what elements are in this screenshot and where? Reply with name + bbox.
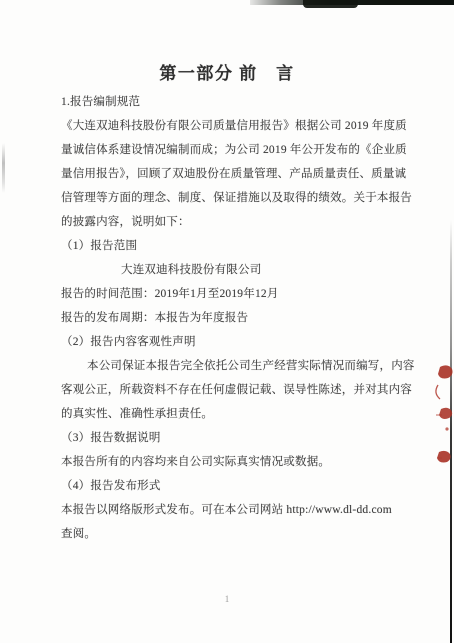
scanned-document-page: 第一部分 前 言 1.报告编制规范 《大连双迪科技股份有限公司质量信用报告》根据… (0, 0, 454, 643)
heading-report-standard: 1.报告编制规范 (61, 90, 416, 114)
para-release-line-end: 查阅。 (61, 522, 416, 546)
para-objectivity-line: 客观公正，所载资料不存在任何虚假记载、误导性陈述，并对其内容 (61, 378, 416, 402)
report-cycle: 报告的发布周期：本报告为年度报告 (61, 306, 416, 330)
document-body: 1.报告编制规范 《大连双迪科技股份有限公司质量信用报告》根据公司 2019 年… (61, 90, 416, 546)
para-intro-line: 的披露内容，说明如下： (61, 210, 416, 234)
para-intro-line: 量诚信体系建设情况编制而成；为公司 2019 年公开发布的《企业质 (61, 138, 416, 162)
item-2-objectivity: （2）报告内容客观性声明 (61, 330, 416, 354)
page-number: 1 (0, 594, 454, 604)
para-intro-line: 《大连双迪科技股份有限公司质量信用报告》根据公司 2019 年度质 (61, 114, 416, 138)
para-objectivity-line: 的真实性、准确性承担责任。 (61, 402, 416, 426)
scan-artifact-left-smudge (2, 143, 5, 193)
para-data-note: 本报告所有的内容均来自公司实际真实情况或数据。 (61, 450, 416, 474)
item-3-data-note: （3）报告数据说明 (61, 426, 416, 450)
scan-artifact-top-blob (303, 0, 358, 8)
para-intro-line: 信管理等方面的理念、制度、保证措施以及取得的绩效。关于本报告 (61, 186, 416, 210)
item-1-report-scope: （1）报告范围 (61, 234, 416, 258)
company-name: 大连双迪科技股份有限公司 (121, 258, 416, 282)
section-title: 第一部分 前 言 (0, 59, 454, 84)
red-ink-marks (424, 355, 454, 470)
report-time-range: 报告的时间范围：2019年1月至2019年12月 (61, 282, 416, 306)
item-4-release-form: （4）报告发布形式 (61, 474, 416, 498)
para-objectivity-line: 本公司保证本报告完全依托公司生产经营实际情况而编写，内容 (87, 354, 416, 378)
para-intro-line: 量信用报告》，回顾了双迪股份在质量管理、产品质量责任、质量诚 (61, 162, 416, 186)
para-release-line-url: 本报告以网络版形式发布。可在本公司网站 http://www.dl-dd.com (61, 498, 416, 522)
